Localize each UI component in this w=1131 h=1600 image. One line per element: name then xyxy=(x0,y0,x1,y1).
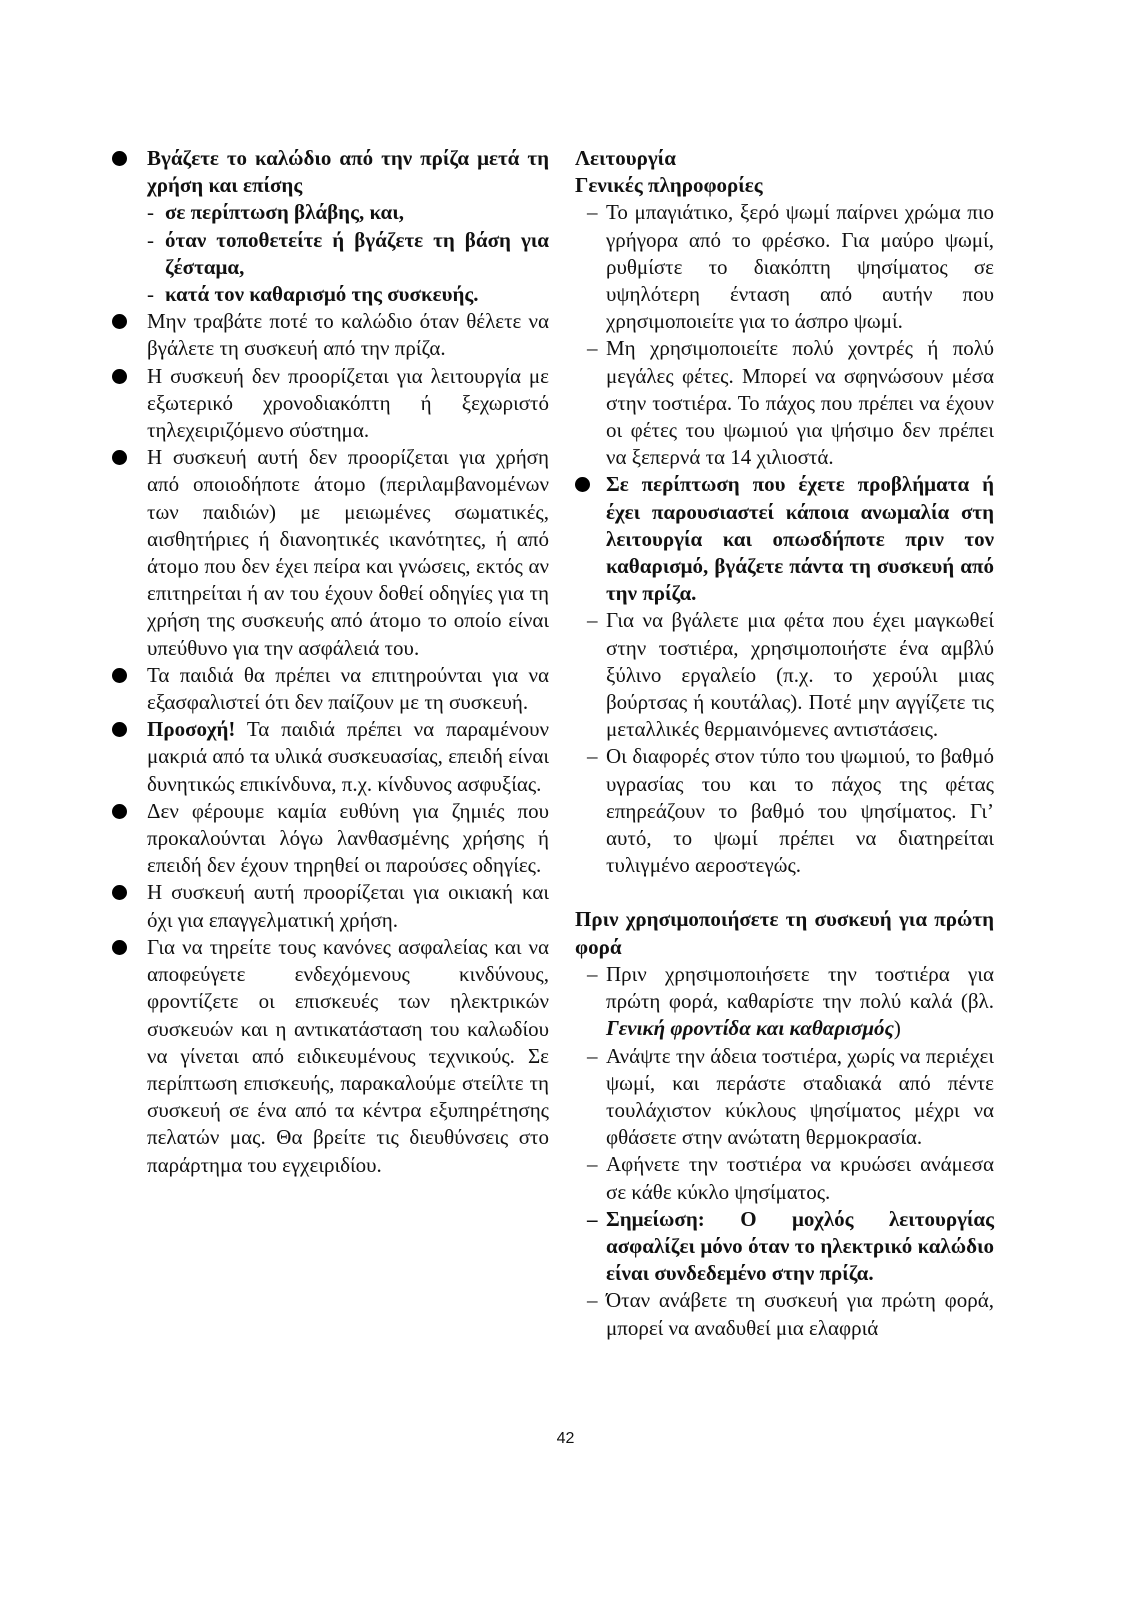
bullet-icon xyxy=(112,879,142,906)
first-use-item-cycles: – Ανάψτε την άδεια τοστιέρα, χωρίς να πε… xyxy=(575,1043,994,1152)
section-subtitle-general-info: Γενικές πληροφορίες xyxy=(575,172,994,199)
first-use-item-text: Αφήνετε την τοστιέρα να κρυώσει ανάμεσα … xyxy=(606,1152,994,1203)
bullet-icon xyxy=(112,363,142,390)
safety-item-unplug: Βγάζετε το καλώδιο από την πρίζα μετά τη… xyxy=(112,145,549,308)
first-use-item-text: Όταν ανάβετε τη συσκευή για πρώτη φορά, … xyxy=(606,1288,994,1339)
bullet-icon xyxy=(112,308,142,335)
operation-item-stale-bread: – Το μπαγιάτικο, ξερό ψωμί παίρνει χρώμα… xyxy=(575,199,994,335)
operation-item-bread-type: – Οι διαφορές στον τύπο του ψωμιού, το β… xyxy=(575,743,994,879)
first-use-item-text: Πριν χρησιμοποιήσετε την τοστιέρα για πρ… xyxy=(606,962,994,1013)
bullet-icon xyxy=(112,145,142,172)
safety-item-capabilities: Η συσκευή αυτή δεν προορίζεται για χρήση… xyxy=(112,444,549,662)
operation-item-unplug-warning: Σε περίπτωση που έχετε προβλήματα ή έχει… xyxy=(575,471,994,607)
sub-item: -σε περίπτωση βλάβης, και, xyxy=(147,199,549,226)
dash-icon: – xyxy=(587,1151,598,1178)
safety-item-text: Βγάζετε το καλώδιο από την πρίζα μετά τη… xyxy=(147,145,549,199)
bullet-icon xyxy=(112,444,142,471)
dash-icon: – xyxy=(587,1287,598,1314)
section-title-operation: Λειτουργία xyxy=(575,145,994,172)
safety-item-timer: Η συσκευή δεν προορίζεται για λειτουργία… xyxy=(112,363,549,445)
dash-icon: – xyxy=(587,1206,598,1233)
page-number: 42 xyxy=(0,1430,1131,1448)
sub-item: -όταν τοποθετείτε ή βγάζετε τη βάση για … xyxy=(147,227,549,281)
bullet-icon xyxy=(575,471,605,498)
bullet-icon xyxy=(112,798,142,825)
first-use-item-cool: – Αφήνετε την τοστιέρα να κρυώσει ανάμεσ… xyxy=(575,1151,994,1205)
operation-item-stuck-slice: – Για να βγάλετε μια φέτα που έχει μαγκω… xyxy=(575,607,994,743)
safety-item-text: Η συσκευή αυτή δεν προορίζεται για χρήση… xyxy=(147,445,549,659)
bullet-icon xyxy=(112,934,142,961)
safety-item-children: Τα παιδιά θα πρέπει να επιτηρούνται για … xyxy=(112,662,549,716)
bullet-icon xyxy=(112,662,142,689)
safety-item-repairs: Για να τηρείτε τους κανόνες ασφαλείας κα… xyxy=(112,934,549,1179)
warning-label: Προσοχή! xyxy=(147,717,235,741)
safety-item-liability: Δεν φέρουμε καμία ευθύνη για ζημιές που … xyxy=(112,798,549,880)
dash-icon: – xyxy=(587,335,598,362)
safety-item-packaging: Προσοχή! Τα παιδιά πρέπει να παραμένουν … xyxy=(112,716,549,798)
operation-item-slice-thickness: – Μη χρησιμοποιείτε πολύ χοντρές ή πολύ … xyxy=(575,335,994,471)
safety-item-text: Δεν φέρουμε καμία ευθύνη για ζημιές που … xyxy=(147,799,549,877)
first-use-item-text: Σημείωση: Ο μοχλός λειτουργίας ασφαλίζει… xyxy=(606,1207,994,1285)
safety-item-text: Η συσκευή δεν προορίζεται για λειτουργία… xyxy=(147,364,549,442)
safety-item-household: Η συσκευή αυτή προορίζεται για οικιακή κ… xyxy=(112,879,549,933)
bullet-icon xyxy=(112,716,142,743)
safety-item-text: Μην τραβάτε ποτέ το καλώδιο όταν θέλετε … xyxy=(147,309,549,360)
operation-item-text: Μη χρησιμοποιείτε πολύ χοντρές ή πολύ με… xyxy=(606,336,994,469)
dash-icon: – xyxy=(587,1043,598,1070)
first-use-item-note: – Σημείωση: Ο μοχλός λειτουργίας ασφαλίζ… xyxy=(575,1206,994,1288)
safety-item-cord: Μην τραβάτε ποτέ το καλώδιο όταν θέλετε … xyxy=(112,308,549,362)
dash-icon: – xyxy=(587,199,598,226)
section-spacer xyxy=(575,879,994,906)
safety-item-text: Για να τηρείτε τους κανόνες ασφαλείας κα… xyxy=(147,935,549,1177)
cross-reference-link: Γενική φροντίδα και καθαρισμός xyxy=(606,1016,894,1040)
sub-item: -κατά τον καθαρισμό της συσκευής. xyxy=(147,281,549,308)
operation-item-text: Σε περίπτωση που έχετε προβλήματα ή έχει… xyxy=(606,472,994,605)
first-use-item-clean: – Πριν χρησιμοποιήσετε την τοστιέρα για … xyxy=(575,961,994,1043)
left-column: Βγάζετε το καλώδιο από την πρίζα μετά τη… xyxy=(112,145,549,1179)
dash-icon: – xyxy=(587,743,598,770)
section-title-first-use: Πριν χρησιμοποιήσετε τη συσκευή για πρώτ… xyxy=(575,906,994,960)
safety-item-text: Τα παιδιά θα πρέπει να επιτηρούνται για … xyxy=(147,663,549,714)
operation-item-text: Για να βγάλετε μια φέτα που έχει μαγκωθε… xyxy=(606,608,994,741)
right-column: Λειτουργία Γενικές πληροφορίες – Το μπαγ… xyxy=(575,145,994,1342)
first-use-item-smell: – Όταν ανάβετε τη συσκευή για πρώτη φορά… xyxy=(575,1287,994,1341)
operation-item-text: Οι διαφορές στον τύπο του ψωμιού, το βαθ… xyxy=(606,744,994,877)
first-use-item-text: Ανάψτε την άδεια τοστιέρα, χωρίς να περι… xyxy=(606,1044,994,1150)
dash-icon: – xyxy=(587,607,598,634)
operation-item-text: Το μπαγιάτικο, ξερό ψωμί παίρνει χρώμα π… xyxy=(606,200,994,333)
dash-icon: – xyxy=(587,961,598,988)
safety-item-text: Η συσκευή αυτή προορίζεται για οικιακή κ… xyxy=(147,880,549,931)
